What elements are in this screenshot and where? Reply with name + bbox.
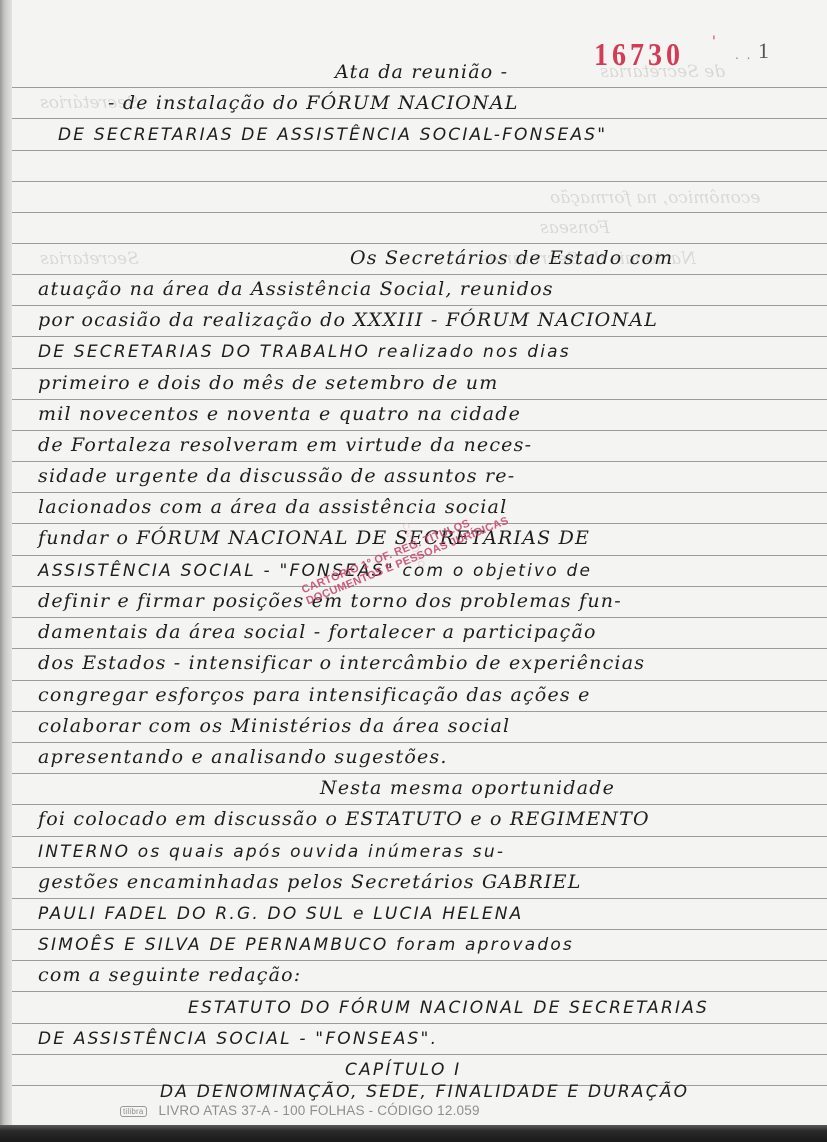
handwritten-line: INTERNO os quais após ouvida inúmeras su… (0, 835, 827, 865)
handwritten-line: - de instalação do FÓRUM NACIONAL (0, 87, 827, 117)
handwritten-line-text: congregar esforços para intensificação d… (38, 684, 591, 706)
handwritten-line-text: damentais da área social - fortalecer a … (38, 621, 597, 643)
handwritten-line: mil novecentos e noventa e quatro na cid… (0, 398, 827, 428)
handwritten-line: Nesta mesma oportunidade (0, 772, 827, 802)
handwritten-line-text: gestões encaminhadas pelos Secretários G… (38, 871, 582, 893)
handwritten-line: atuação na área da Assistência Social, r… (0, 273, 827, 303)
page-bottom-shadow (0, 1125, 827, 1142)
handwritten-line-text: colaborar com os Ministérios da área soc… (38, 715, 510, 737)
handwritten-line-text: INTERNO os quais após ouvida inúmeras su… (38, 842, 505, 862)
ruled-line (12, 150, 827, 151)
handwritten-line: dos Estados - intensificar o intercâmbio… (0, 647, 827, 677)
handwritten-line-text: dos Estados - intensificar o intercâmbio… (38, 652, 645, 674)
handwritten-line-text: ESTATUTO DO FÓRUM NACIONAL DE SECRETARIA… (188, 998, 709, 1018)
handwritten-line: Ata da reunião - (0, 56, 827, 86)
handwritten-line: PAULI FADEL DO R.G. DO SUL e LUCIA HELEN… (0, 897, 827, 927)
handwritten-line-text: com a seguinte redação: (38, 964, 301, 986)
handwritten-line-text: apresentando e analisando sugestões. (38, 746, 448, 768)
handwritten-line-text: de Fortaleza resolveram em virtude da ne… (38, 434, 532, 456)
handwritten-line: ESTATUTO DO FÓRUM NACIONAL DE SECRETARIA… (0, 991, 827, 1021)
handwritten-line: com a seguinte redação: (0, 959, 827, 989)
handwritten-line-text: foi colocado em discussão o ESTATUTO e o… (38, 808, 650, 830)
handwritten-line-text: primeiro e dois do mês de setembro de um (38, 372, 498, 394)
handwritten-line: apresentando e analisando sugestões. (0, 741, 827, 771)
handwritten-line: de Fortaleza resolveram em virtude da ne… (0, 429, 827, 459)
handwritten-line: DE SECRETARIAS DO TRABALHO realizado nos… (0, 335, 827, 365)
handwritten-line: lacionados com a área da assistência soc… (0, 491, 827, 521)
handwritten-line-text: SIMOÊS E SILVA DE PERNAMBUCO foram aprov… (38, 935, 574, 955)
footer-product-text: LIVRO ATAS 37-A - 100 FOLHAS - CÓDIGO 12… (158, 1103, 479, 1118)
handwritten-line-text: DE SECRETARIAS DO TRABALHO realizado nos… (38, 342, 571, 362)
handwritten-line-text: Nesta mesma oportunidade (320, 777, 615, 799)
handwritten-line-text: DA DENOMINAÇÃO, SEDE, FINALIDADE E DURAÇ… (160, 1082, 689, 1102)
notebook-footer: tilibra LIVRO ATAS 37-A - 100 FOLHAS - C… (120, 1103, 480, 1118)
bleed-through-line: econômico, na formação (550, 188, 760, 208)
handwritten-line: damentais da área social - fortalecer a … (0, 616, 827, 646)
handwritten-line: primeiro e dois do mês de setembro de um (0, 367, 827, 397)
handwritten-line-text: PAULI FADEL DO R.G. DO SUL e LUCIA HELEN… (38, 904, 524, 924)
handwritten-line-text: - de instalação do FÓRUM NACIONAL (108, 92, 519, 114)
handwritten-line: colaborar com os Ministérios da área soc… (0, 710, 827, 740)
ruled-line (12, 212, 827, 213)
handwritten-line-text: por ocasião da realização do XXXIII - FÓ… (38, 309, 658, 331)
handwritten-line: DE SECRETARIAS DE ASSISTÊNCIA SOCIAL-FON… (0, 118, 827, 148)
handwritten-line-text: atuação na área da Assistência Social, r… (38, 278, 554, 300)
handwritten-line: sidade urgente da discussão de assuntos … (0, 460, 827, 490)
handwritten-line-text: lacionados com a área da assistência soc… (38, 496, 507, 518)
handwritten-line-text: DE SECRETARIAS DE ASSISTÊNCIA SOCIAL-FON… (58, 125, 607, 145)
handwritten-line: foi colocado em discussão o ESTATUTO e o… (0, 803, 827, 833)
handwritten-line-text: sidade urgente da discussão de assuntos … (38, 465, 515, 487)
handwritten-line: SIMOÊS E SILVA DE PERNAMBUCO foram aprov… (0, 928, 827, 958)
handwritten-line-text: fundar o FÓRUM NACIONAL DE SECRETARIAS D… (38, 527, 590, 549)
handwritten-line: congregar esforços para intensificação d… (0, 679, 827, 709)
handwritten-line: por ocasião da realização do XXXIII - FÓ… (0, 304, 827, 334)
handwritten-line: Os Secretários de Estado com (0, 242, 827, 272)
registration-tick-mark: ' (712, 34, 716, 50)
handwritten-line: DA DENOMINAÇÃO, SEDE, FINALIDADE E DURAÇ… (0, 1075, 827, 1105)
tilibra-logo-icon: tilibra (120, 1106, 147, 1117)
handwritten-line: DE ASSISTÊNCIA SOCIAL - "FONSEAS". (0, 1022, 827, 1052)
handwritten-line-text: DE ASSISTÊNCIA SOCIAL - "FONSEAS". (38, 1029, 438, 1049)
handwritten-line: definir e firmar posições em torno dos p… (0, 585, 827, 615)
ruled-line (12, 181, 827, 182)
handwritten-line-text: Os Secretários de Estado com (350, 247, 673, 269)
handwritten-line: gestões encaminhadas pelos Secretários G… (0, 866, 827, 896)
bleed-through-line: Fonseas (540, 218, 610, 238)
handwritten-line-text: Ata da reunião - (335, 61, 508, 83)
handwritten-line-text: mil novecentos e noventa e quatro na cid… (38, 403, 521, 425)
